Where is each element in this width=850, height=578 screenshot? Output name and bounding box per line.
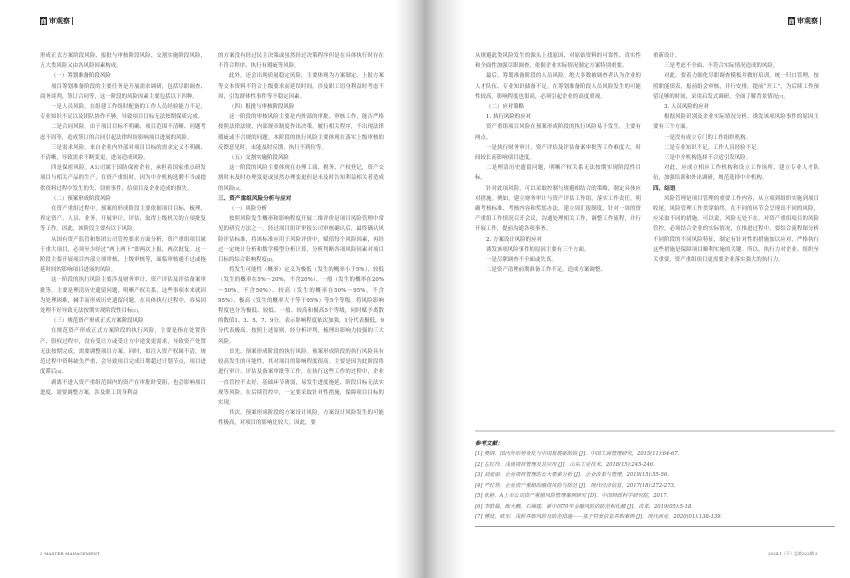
references-list: [1] 樊纲．国内外形势变化与中国发展新阶段 [J]．中国工商管理研究，2015… bbox=[475, 449, 835, 523]
section-heading: （五）交割实施阶段风险 bbox=[218, 153, 384, 163]
text: 3. 人员风险的应对 bbox=[664, 104, 709, 110]
paragraph: 三是考虑不全面、不符合实际情况造成的风险。 bbox=[653, 61, 819, 71]
text: 形成正式方案阶段风险、报批与审核阶段风险、交割实施阶段风险，五大类风险又由各风险… bbox=[40, 53, 206, 69]
text: 三是中介机构选择不合适引发风险。 bbox=[664, 155, 751, 161]
magazine-logo: 商 审观察 bbox=[40, 16, 73, 26]
text: 针对此项风险，可以采取控制与规避相结合的策略，制定具体应对措施。例如，建立财务审… bbox=[475, 186, 641, 233]
text: 在资产重组过程中，预案的形成阶段主要依据项目目标，梳理、界定资产、人员、业务，开… bbox=[40, 206, 206, 232]
paragraph: 从国有资产监管和集团公司管控要求方面分析，资产重组项目属于重大项目，必须至少经过… bbox=[40, 235, 206, 276]
section-heading: 三、资产重组风险分析与应对 bbox=[218, 194, 384, 204]
text: 从国有资产监管和集团公司管控要求方面分析，资产重组项目属于重大项目，必须至少经过… bbox=[40, 237, 206, 274]
text: 二是理清历史遗留问题，明晰产权关系无法按期实现阶段性目标。 bbox=[475, 165, 641, 181]
paragraph: 针对此项风险，可以采取控制与规避相结合的策略，制定具体应对措施。例如，建立财务审… bbox=[475, 184, 641, 235]
reference-item: [3] 刘亚丽．企业项目管理的五大要素分析 [J]．企业改革与管理，2019(1… bbox=[475, 470, 835, 481]
text: （二）应对策略 bbox=[486, 104, 524, 110]
text: （一）风险分析 bbox=[229, 206, 267, 212]
magazine-logo: 商 审观察 bbox=[788, 16, 821, 26]
text: 四、结语 bbox=[653, 186, 676, 192]
section-heading: （二）预案形成阶段风险 bbox=[40, 194, 206, 204]
paragraph: 剥离不进入资产重组范围内的资产在审批时受阻，也会影响项目进度，需要调整方案，涉及… bbox=[40, 378, 206, 398]
text: 首先，预案形成阶段的执行风险。预案形成阶段的执行风险具有较高发生的可能性，其对项… bbox=[218, 349, 384, 406]
text: 这一阶段的审核风险主要是内外部的审批、审核工作，能否严格按照法律法规、内部规章制… bbox=[218, 114, 384, 151]
paragraph: 此外，还会出现质量稳定风险，主要体现为方案制定、上报方案等文本资料不符合上级要求… bbox=[218, 71, 384, 102]
section-heading: 1. 执行风险的应对 bbox=[475, 112, 641, 122]
section-heading: （二）应对策略 bbox=[475, 102, 641, 112]
paragraph: 三是需求风险。来自企业内外部对项目目标的需求定义不明确、不清晰，导致需求不断变更… bbox=[40, 143, 206, 163]
text: 二是资产清理前期准备工作不足，造成方案调整、 bbox=[486, 267, 606, 273]
paragraph: 一是人员风险。在组建工作组时配备的工作人员经验能力不足、专业知识不足以及团队协作… bbox=[40, 102, 206, 122]
gutter-shadow bbox=[425, 0, 465, 578]
paragraph: 诱发该项风险事件的原因主要有三个方面。 bbox=[475, 245, 641, 255]
left-column-2: 的方案没有经过民主决策或虽然经过决策程序但是在具体执行时存在不符合程序、执行有瑕… bbox=[218, 51, 384, 429]
logo-text: 审观察 bbox=[797, 16, 818, 26]
text: 风险管理是项目管理的重要工作内容，从立项到组织实施到项目收尾，风险管理工作贯穿始… bbox=[653, 196, 819, 263]
text: （二）预案形成阶段风险 bbox=[51, 196, 111, 202]
section-heading: （三）规范资产形成正式方案阶段风险 bbox=[40, 316, 206, 326]
paragraph: 首先，预案形成阶段的执行风险。预案形成阶段的执行风险具有较高发生的可能性，其对项… bbox=[218, 347, 384, 408]
paragraph: 二是资产清理前期准备工作不足，造成方案调整、 bbox=[475, 265, 641, 275]
text: 其次，预案形成阶段的方案设计风险。方案设计风险发生的可能性极高，对项目的影响比较… bbox=[218, 410, 384, 426]
reference-item: [4] 严红然．企业资产重组的融资风险与防范 [J]．现代经济信息，2017(1… bbox=[475, 481, 835, 492]
citation-marker: [3] bbox=[234, 187, 239, 191]
paragraph: 一是尽职调查不全面或失真。 bbox=[475, 255, 641, 265]
paragraph: 根据风险识别及企业实际情况分析，诱发该项风险事件的原因主要有三个方面。 bbox=[653, 112, 819, 132]
text: 资产重组项目风险在预案形成阶段的执行风险易于发生，主要有两点。 bbox=[475, 124, 641, 140]
paragraph: 将发生可能性（概率）定义为极低（发生的概率小于5%）、较低（发生的概率在5%～2… bbox=[218, 265, 384, 347]
paragraph: 一是没有成立专门的工作组织机构。 bbox=[653, 133, 819, 143]
text: 重新设计。 bbox=[653, 53, 680, 59]
paragraph: 最后，筹划准备阶段的人员风险。绝大多数被调查者认为企业的人才队伍、专业知识储备不… bbox=[475, 71, 641, 102]
paragraph: 在资产重组过程中，预案的形成阶段主要依据项目目标，梳理、界定资产、人员、业务，开… bbox=[40, 204, 206, 235]
text: （四）报批与审核阶段风险 bbox=[229, 104, 294, 110]
gutter-shadow bbox=[395, 0, 425, 578]
reference-item: [5] 张艳．A上市公司资产重组风险管理案例研究 [D]．中国财政科学研究院，2… bbox=[475, 491, 835, 502]
citation-marker: [1] bbox=[133, 309, 138, 313]
paragraph: 的方案没有经过民主决策或虽然经过决策程序但是在具体执行时存在不符合程序、执行有瑕… bbox=[218, 51, 384, 71]
paragraph: 重新设计。 bbox=[653, 51, 819, 61]
text: （五）交割实施阶段风险 bbox=[229, 155, 289, 161]
text: 2. 方案设计风险的应对 bbox=[486, 237, 542, 243]
text: 四是保密风险。A公司属于国防保密企业，承担着国家重点研发项目与相关产品的生产，在… bbox=[40, 165, 206, 191]
logo-text: 审观察 bbox=[49, 16, 70, 26]
paragraph: 在规范资产形成正式方案阶段的执行风险，主要是指在处置资产、股权过程中，没有受让方… bbox=[40, 326, 206, 377]
paragraph: 项目筹划准备阶段的主要任务是开展需求调研，包括尽职调查、商务谈判、签订合同等，这… bbox=[40, 82, 206, 102]
text: 三、资产重组风险分析与应对 bbox=[218, 196, 291, 202]
text: 三是考虑不全面、不符合实际情况造成的风险。 bbox=[664, 63, 778, 69]
text: 此外，还会出现质量稳定风险，主要体现为方案制定、上报方案等文本资料不符合上级要求… bbox=[218, 73, 384, 99]
paragraph: 二是专业知识不足，工作人员经验不足。 bbox=[653, 143, 819, 153]
text: 从规避此类风险发生的源头上找原因，对原始资料的可靠性、真实性和全面性加强尽职调查… bbox=[475, 53, 641, 69]
citation-marker: [4] bbox=[267, 258, 272, 262]
logo-mark-icon: 商 bbox=[40, 17, 47, 25]
references-section: 参考文献： [1] 樊纲．国内外形势变化与中国发展新阶段 [J]．中国工商管理研… bbox=[475, 430, 835, 527]
logo-divider bbox=[820, 17, 821, 25]
paragraph: 二是合同风险。由于项目目标不明确、项目范围不清晰、问题考虑不周等，造成签订的合同… bbox=[40, 122, 206, 142]
text: 这一阶段的风险主要体现在办理工商、税务、产权登记，资产交割时未及时办理变更或虽然… bbox=[218, 165, 384, 191]
paragraph: 对此，应成立相应工作机构和设立工作场所，建立专业人才队伍，加强培训和外出调研，规… bbox=[653, 163, 819, 183]
paragraph: 这一阶段的审核风险主要是内外部的审批、审核工作，能否严格按照法律法规、内部规章制… bbox=[218, 112, 384, 153]
section-heading: （四）报批与审核阶段风险 bbox=[218, 102, 384, 112]
text: 二是合同风险。由于项目目标不明确、项目范围不清晰、问题考虑不周等，造成签订的合同… bbox=[40, 124, 206, 140]
paragraph: 其次，预案形成阶段的方案设计风险。方案设计风险发生的可能性极高，对项目的影响比较… bbox=[218, 408, 384, 428]
left-column-1: 形成正式方案阶段风险、报批与审核阶段风险、交割实施阶段风险，五大类风险又由各风险… bbox=[40, 51, 206, 398]
reference-item: [7] 傅波，欧军．浅析并购风险及防范措施——基于特发信息并购案例 [J]．现代… bbox=[475, 512, 835, 523]
paragraph: 三是中介机构选择不合适引发风险。 bbox=[653, 153, 819, 163]
text: 对此，要着力细化尽职调查模板并做好培训，统一归口管理，按照职能填表，报前组会审核… bbox=[653, 73, 819, 99]
text: 的方案没有经过民主决策或虽然经过决策程序但是在具体执行时存在不符合程序、执行有瑕… bbox=[218, 53, 384, 69]
text: 根据风险识别及企业实际情况分析，诱发该项风险事件的原因主要有三个方面。 bbox=[653, 114, 819, 130]
logo-mark-icon: 商 bbox=[788, 17, 795, 25]
paragraph: 从规避此类风险发生的源头上找原因，对原始资料的可靠性、真实性和全面性加强尽职调查… bbox=[475, 51, 641, 71]
text: 这一阶段的执行风险主要涉及财务审计、资产评估及评估备案审批等，主要是理清历史遗留… bbox=[40, 277, 206, 314]
reference-item: [2] 左红玲．浅谈项目管理及其应用 [J]．山东工业技术，2018(15):2… bbox=[475, 460, 835, 471]
paragraph: 风险管理是项目管理的重要工作内容，从立项到组织实施到项目收尾，风险管理工作贯穿始… bbox=[653, 194, 819, 265]
section-heading: 3. 人员风险的应对 bbox=[653, 102, 819, 112]
text: 一是尽职调查不全面或失真。 bbox=[486, 257, 557, 263]
text: 项目筹划准备阶段的主要任务是开展需求调研，包括尽职调查、商务谈判、签订合同等，这… bbox=[40, 84, 206, 100]
text: 一是执行财务审计、资产评估及评估备案审批等工作难度大，时间较长而影响项目进度。 bbox=[475, 145, 641, 161]
reference-item: [1] 樊纲．国内外形势变化与中国发展新阶段 [J]．中国工商管理研究，2015… bbox=[475, 449, 835, 460]
paragraph: 形成正式方案阶段风险、报批与审核阶段风险、交割实施阶段风险，五大类风险又由各风险… bbox=[40, 51, 206, 71]
citation-marker: [4] bbox=[56, 370, 61, 374]
paragraph: 对此，要着力细化尽职调查模板并做好培训，统一归口管理，按照职能填表，报前组会审核… bbox=[653, 71, 819, 102]
logo-divider bbox=[72, 17, 73, 25]
text: 剥离不进入资产重组范围内的资产在审批时受阻，也会影响项目进度，需要调整方案，涉及… bbox=[40, 380, 206, 396]
right-column-1: 从规避此类风险发生的源头上找原因，对原始资料的可靠性、真实性和全面性加强尽职调查… bbox=[475, 51, 641, 275]
text: 在规范资产形成正式方案阶段的执行风险，主要是指在处置资产、股权过程中，没有受让方… bbox=[40, 328, 206, 375]
reference-item: [6] 李皓晨，陈大鹏，石锦建．新中国70年金融风险的防范和化解 [J]．改革，… bbox=[475, 502, 835, 513]
section-heading: 四、结语 bbox=[653, 184, 819, 194]
paragraph: 这一阶段的风险主要体现在办理工商、税务、产权登记，资产交割时未及时办理变更或虽然… bbox=[218, 163, 384, 194]
section-heading: （一）筹划准备阶段风险 bbox=[40, 71, 206, 81]
citation-marker: [7] bbox=[778, 95, 783, 99]
magazine-spread: 商 审观察 形成正式方案阶段风险、报批与审核阶段风险、交割实施阶段风险，五大类风… bbox=[0, 0, 850, 578]
paragraph: 二是理清历史遗留问题，明晰产权关系无法按期实现阶段性目标。 bbox=[475, 163, 641, 183]
text: 1. 执行风险的应对 bbox=[486, 114, 531, 120]
paragraph: 四是保密风险。A公司属于国防保密企业，承担着国家重点研发项目与相关产品的生产，在… bbox=[40, 163, 206, 194]
page-footer-left: 2 MASTER MANAGEMENT bbox=[40, 551, 100, 556]
text: 对此，应成立相应工作机构和设立工作场所，建立专业人才队伍，加强培训和外出调研，规… bbox=[653, 165, 819, 181]
text: （一）筹划准备阶段风险 bbox=[51, 73, 111, 79]
paragraph: 资产重组项目风险在预案形成阶段的执行风险易于发生，主要有两点。 bbox=[475, 122, 641, 142]
left-page: 商 审观察 形成正式方案阶段风险、报批与审核阶段风险、交割实施阶段风险，五大类风… bbox=[0, 0, 425, 578]
text: 按照风险发生概率和影响程度开展二维评价是项目风险管理中常见的研究方法之一。经过项… bbox=[218, 216, 384, 263]
page-footer-right: 2024.1（下）总第322期 3 bbox=[768, 551, 817, 557]
text: 诱发该项风险事件的原因主要有三个方面。 bbox=[486, 247, 589, 253]
paragraph: 按照风险发生概率和影响程度开展二维评价是项目风险管理中常见的研究方法之一。经过项… bbox=[218, 214, 384, 265]
text: 最后，筹划准备阶段的人员风险。绝大多数被调查者认为企业的人才队伍、专业知识储备不… bbox=[475, 73, 641, 99]
text: （三）规范资产形成正式方案阶段风险 bbox=[51, 318, 144, 324]
paragraph: 一是执行财务审计、资产评估及评估备案审批等工作难度大，时间较长而影响项目进度。 bbox=[475, 143, 641, 163]
text: 三是需求风险。来自企业内外部对项目目标的需求定义不明确、不清晰，导致需求不断变更… bbox=[40, 145, 206, 161]
references-title: 参考文献： bbox=[475, 439, 835, 447]
section-heading: （一）风险分析 bbox=[218, 204, 384, 214]
text: 一是人员风险。在组建工作组时配备的工作人员经验能力不足、专业知识不足以及团队协作… bbox=[40, 104, 206, 120]
section-heading: 2. 方案设计风险的应对 bbox=[475, 235, 641, 245]
text: 将发生可能性（概率）定义为极低（发生的概率小于5%）、较低（发生的概率在5%～2… bbox=[218, 267, 384, 344]
paragraph: 这一阶段的执行风险主要涉及财务审计、资产评估及评估备案审批等，主要是理清历史遗留… bbox=[40, 275, 206, 316]
right-column-2: 重新设计。三是考虑不全面、不符合实际情况造成的风险。对此，要着力细化尽职调查模板… bbox=[653, 51, 819, 265]
text: 一是没有成立专门的工作组织机构。 bbox=[664, 135, 751, 141]
text: 二是专业知识不足，工作人员经验不足。 bbox=[664, 145, 762, 151]
